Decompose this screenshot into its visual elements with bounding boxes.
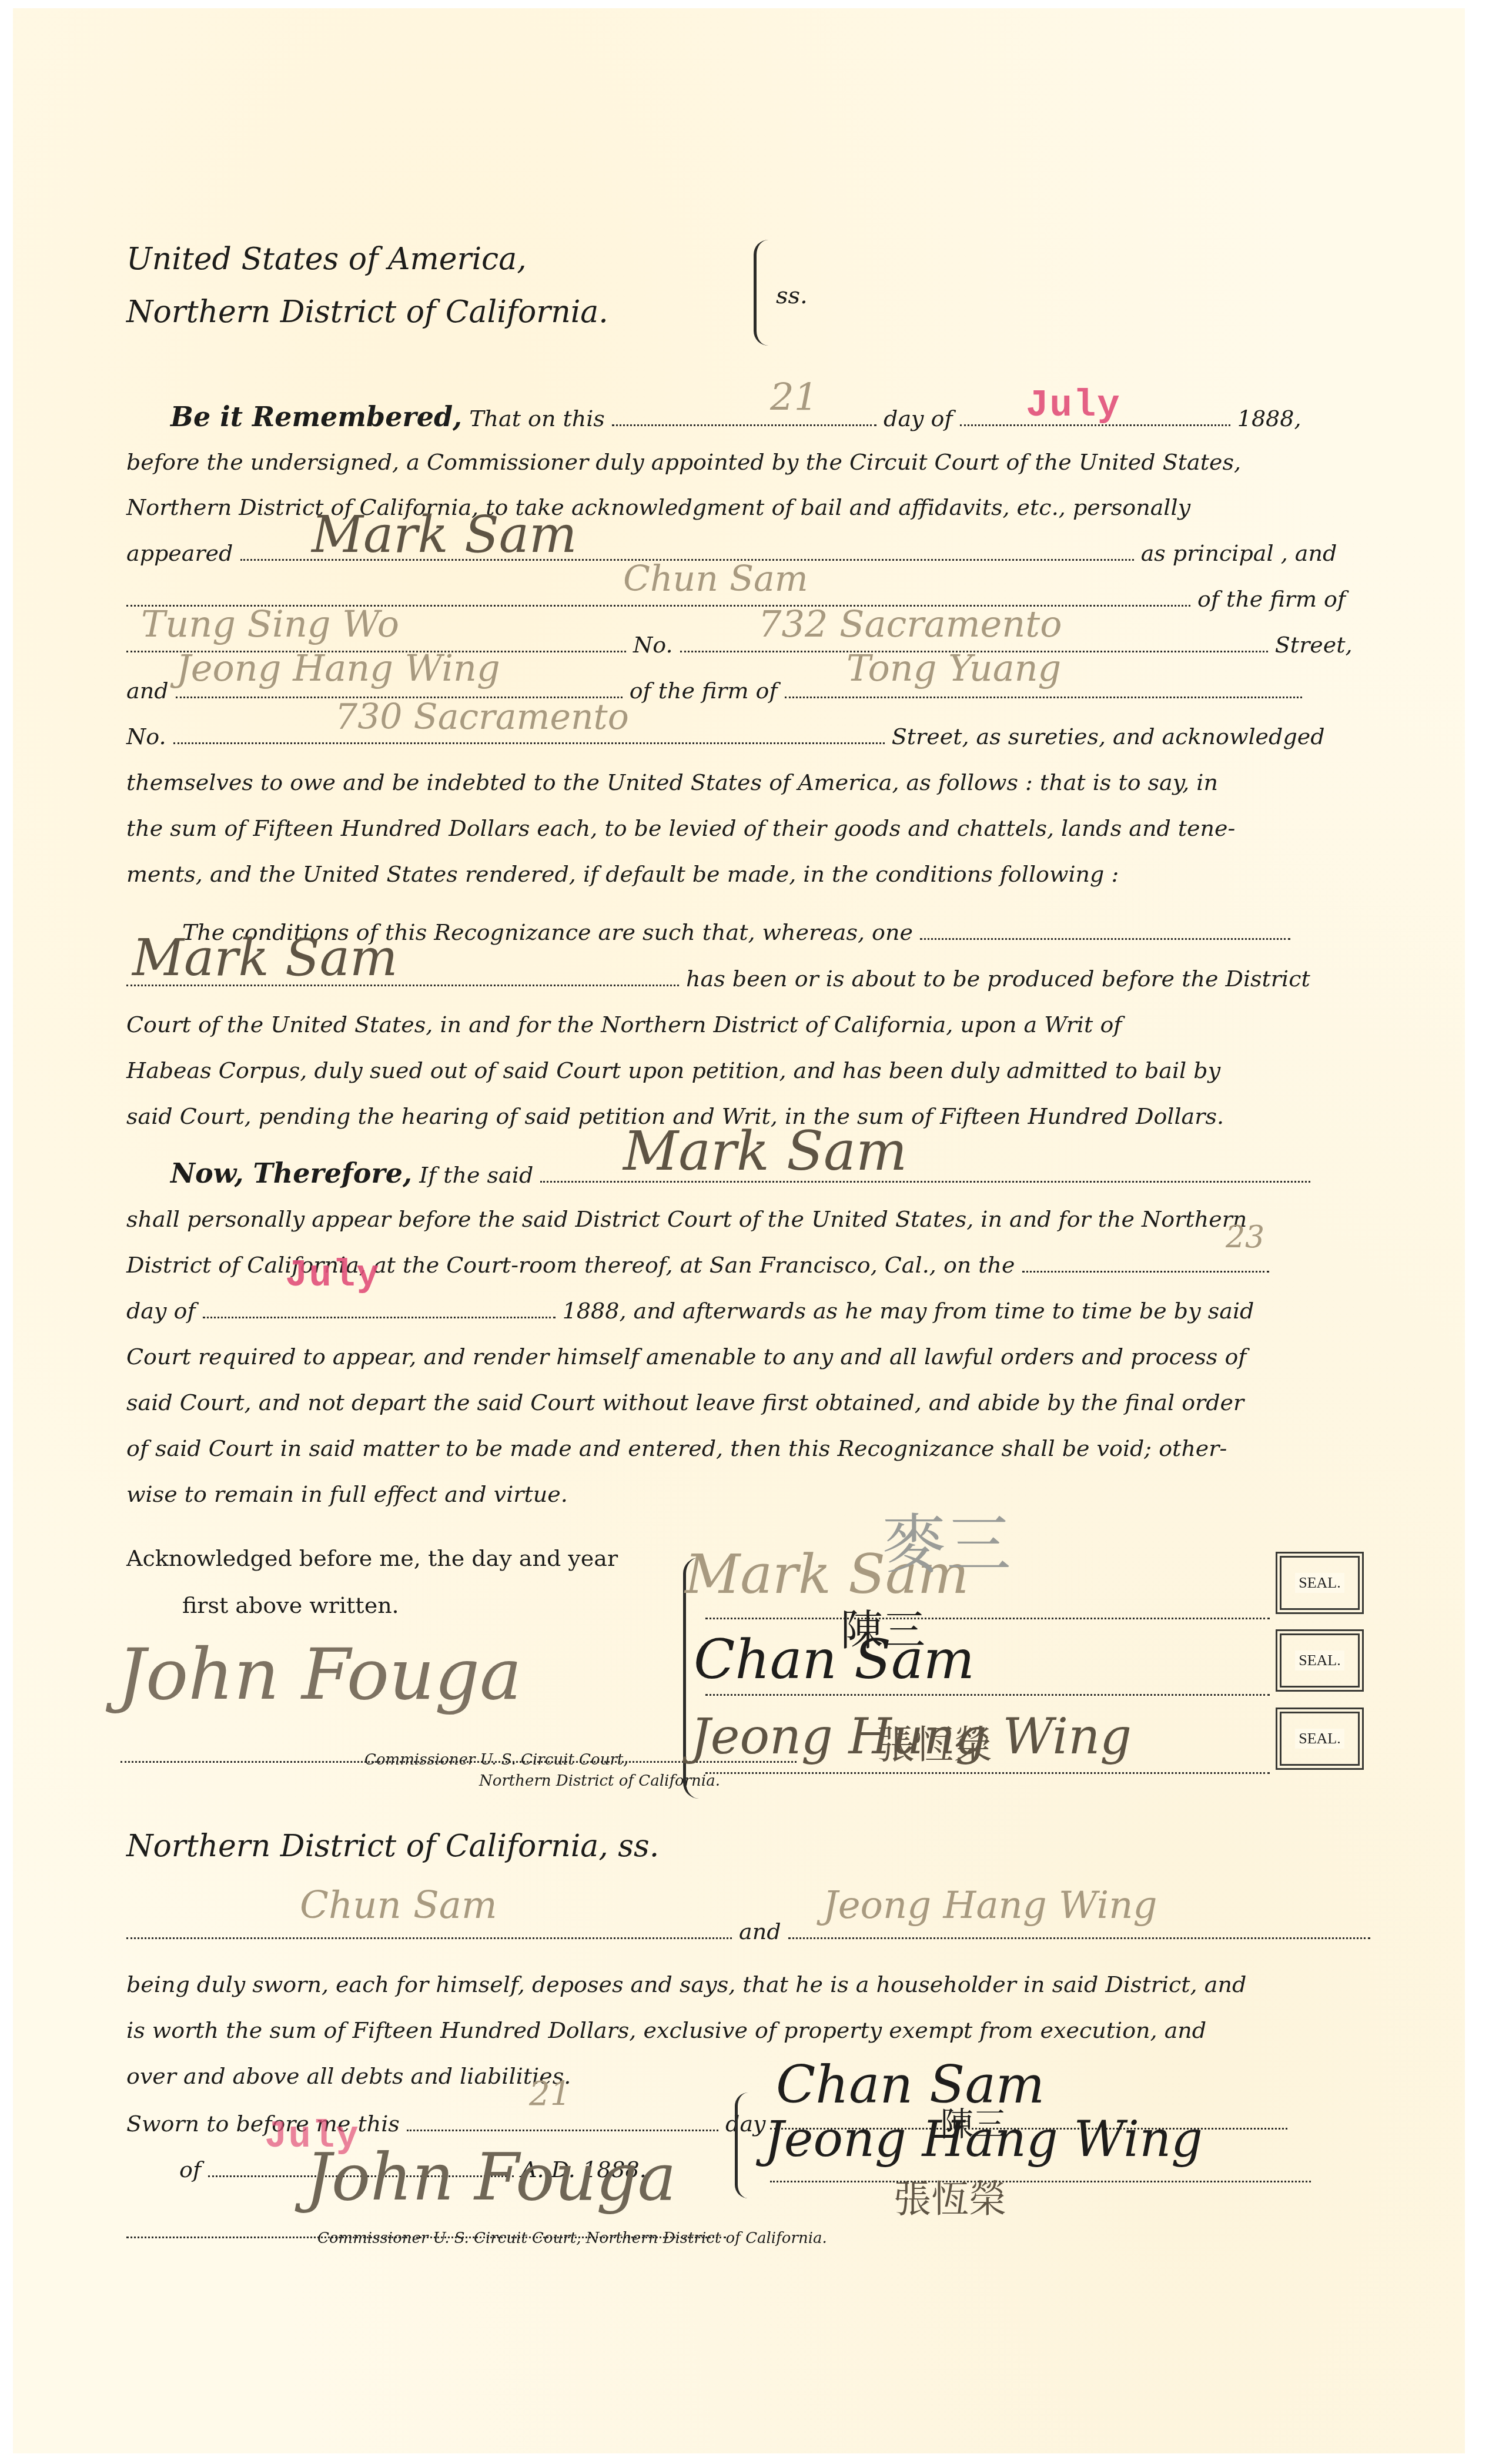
justification-and-label: and (739, 1919, 781, 1944)
conditions-name-handwritten: Mark Sam (132, 929, 398, 987)
justification-surety2-handwritten: Jeong Hang Wing (823, 1884, 1157, 1927)
signatory-2-chinese: 陳三 (841, 1596, 925, 1657)
surety2-address-handwritten: 730 Sacramento (335, 697, 629, 738)
of-the-firm-of-label: of the firm of (1197, 586, 1346, 612)
justification-line3: over and above all debts and liabilities… (126, 2052, 571, 2100)
seal-3: SEAL. (1276, 1708, 1364, 1770)
signatory-3-chinese: 張恆榮 (876, 1713, 992, 1769)
sworn-day-handwritten: 21 (529, 2075, 571, 2113)
para1-line-b: the sum of Fifteen Hundred Dollars each,… (126, 804, 1235, 852)
para2-line2: has been or is about to be produced befo… (686, 966, 1310, 992)
para3-line6: said Court, and not depart the said Cour… (126, 1378, 1244, 1427)
principal-name-handwritten: Mark Sam (312, 505, 577, 564)
signatory-1-chinese: 麥三 (882, 1493, 1011, 1586)
para3-line2: shall personally appear before the said … (126, 1195, 1247, 1243)
seal-2: SEAL. (1276, 1629, 1364, 1692)
justification-line2: is worth the sum of Fifteen Hundred Doll… (126, 2006, 1206, 2054)
conditions-name-field-a (920, 920, 1290, 940)
now-therefore: Now, Therefore, (170, 1157, 412, 1189)
of-the-firm-of-label-2: of the firm of (630, 678, 778, 704)
commissioner-title-3: Commissioner U. S. Circuit Court, Northe… (317, 2228, 827, 2249)
day-of-label-2: day of (126, 1298, 195, 1324)
justification-signer2-english: Jeong Hang Wing (764, 2110, 1203, 2168)
para2-line3: Court of the United States, in and for t… (126, 1000, 1122, 1049)
surety1-firm-handwritten: Tung Sing Wo (141, 602, 399, 645)
justification-line1: being duly sworn, each for himself, depo… (126, 1960, 1246, 2008)
as-principal-label: as principal , and (1141, 540, 1337, 566)
sworn-of-label: of (179, 2157, 201, 2182)
sworn-brace (735, 2093, 748, 2198)
if-the-said: If the said (419, 1162, 533, 1188)
day-of-label: day of (884, 406, 952, 431)
opening-text: That on this (469, 406, 605, 431)
para3-line4-rest: 1888, and afterwards as he may from time… (563, 1298, 1254, 1324)
surety1-name-handwritten: Chun Sam (623, 558, 808, 600)
and-label: and (126, 678, 168, 704)
header-brace (754, 240, 768, 346)
signatory-2-english: Chan Sam (694, 1628, 975, 1691)
opening-month-stamp: July (1026, 385, 1121, 427)
appearance-month-stamp: July (285, 1255, 380, 1297)
header-line-2: Northern District of California. (126, 288, 608, 336)
commissioner-title-1: Commissioner U. S. Circuit Court, (364, 1749, 628, 1770)
header-line-1: United States of America, (126, 235, 527, 283)
street-sureties-label: Street, as sureties, and acknowledged (892, 724, 1325, 749)
para2-line4: Habeas Corpus, duly sued out of said Cou… (126, 1046, 1220, 1094)
para3-line8: wise to remain in full effect and virtue… (126, 1470, 568, 1518)
justification-heading: Northern District of California, ss. (126, 1822, 659, 1870)
opening-year: 1888, (1237, 406, 1301, 431)
surety1-address-handwritten: 732 Sacramento (758, 602, 1062, 645)
venue-ss: ss. (776, 272, 808, 320)
justification-signer2-chinese: 張恆榮 (894, 2169, 1006, 2223)
appearance-month-field (203, 1299, 556, 1318)
commissioner-signature-2: John Fouga (306, 2140, 676, 2215)
no-label: No. (633, 632, 673, 658)
para1-line-a: themselves to owe and be indebted to the… (126, 758, 1218, 806)
surety2-firm-handwritten: Tong Yuang (846, 647, 1061, 689)
appeared-label: appeared (126, 540, 233, 566)
para1-line-c: ments, and the United States rendered, i… (126, 850, 1119, 898)
para1-line3: Northern District of California, to take… (126, 483, 1190, 531)
now-therefore-name-handwritten: Mark Sam (623, 1120, 907, 1183)
appearance-day-handwritten: 23 (1226, 1220, 1264, 1255)
street-label: Street, (1275, 632, 1353, 658)
para1-line2: before the undersigned, a Commissioner d… (126, 438, 1241, 486)
para3-line5: Court required to appear, and render him… (126, 1333, 1246, 1381)
ack-line2: first above written. (182, 1581, 399, 1629)
para3-line3: District of California, at the Court-roo… (126, 1252, 1015, 1278)
ack-line1: Acknowledged before me, the day and year (126, 1534, 618, 1582)
be-it-remembered: Be it Remembered, (170, 401, 462, 433)
opening-day-field (612, 407, 876, 426)
sworn-day-field (407, 2112, 718, 2131)
seal-1: SEAL. (1276, 1552, 1364, 1614)
surety2-name-handwritten: Jeong Hang Wing (176, 647, 500, 689)
appearance-day-field (1022, 1253, 1269, 1273)
justification-surety1-handwritten: Chun Sam (300, 1884, 497, 1927)
commissioner-signature-1: John Fouga (118, 1634, 522, 1716)
para3-line7: of said Court in said matter to be made … (126, 1424, 1227, 1472)
no-label-2: No. (126, 724, 166, 749)
opening-day-value: 21 (770, 376, 818, 420)
